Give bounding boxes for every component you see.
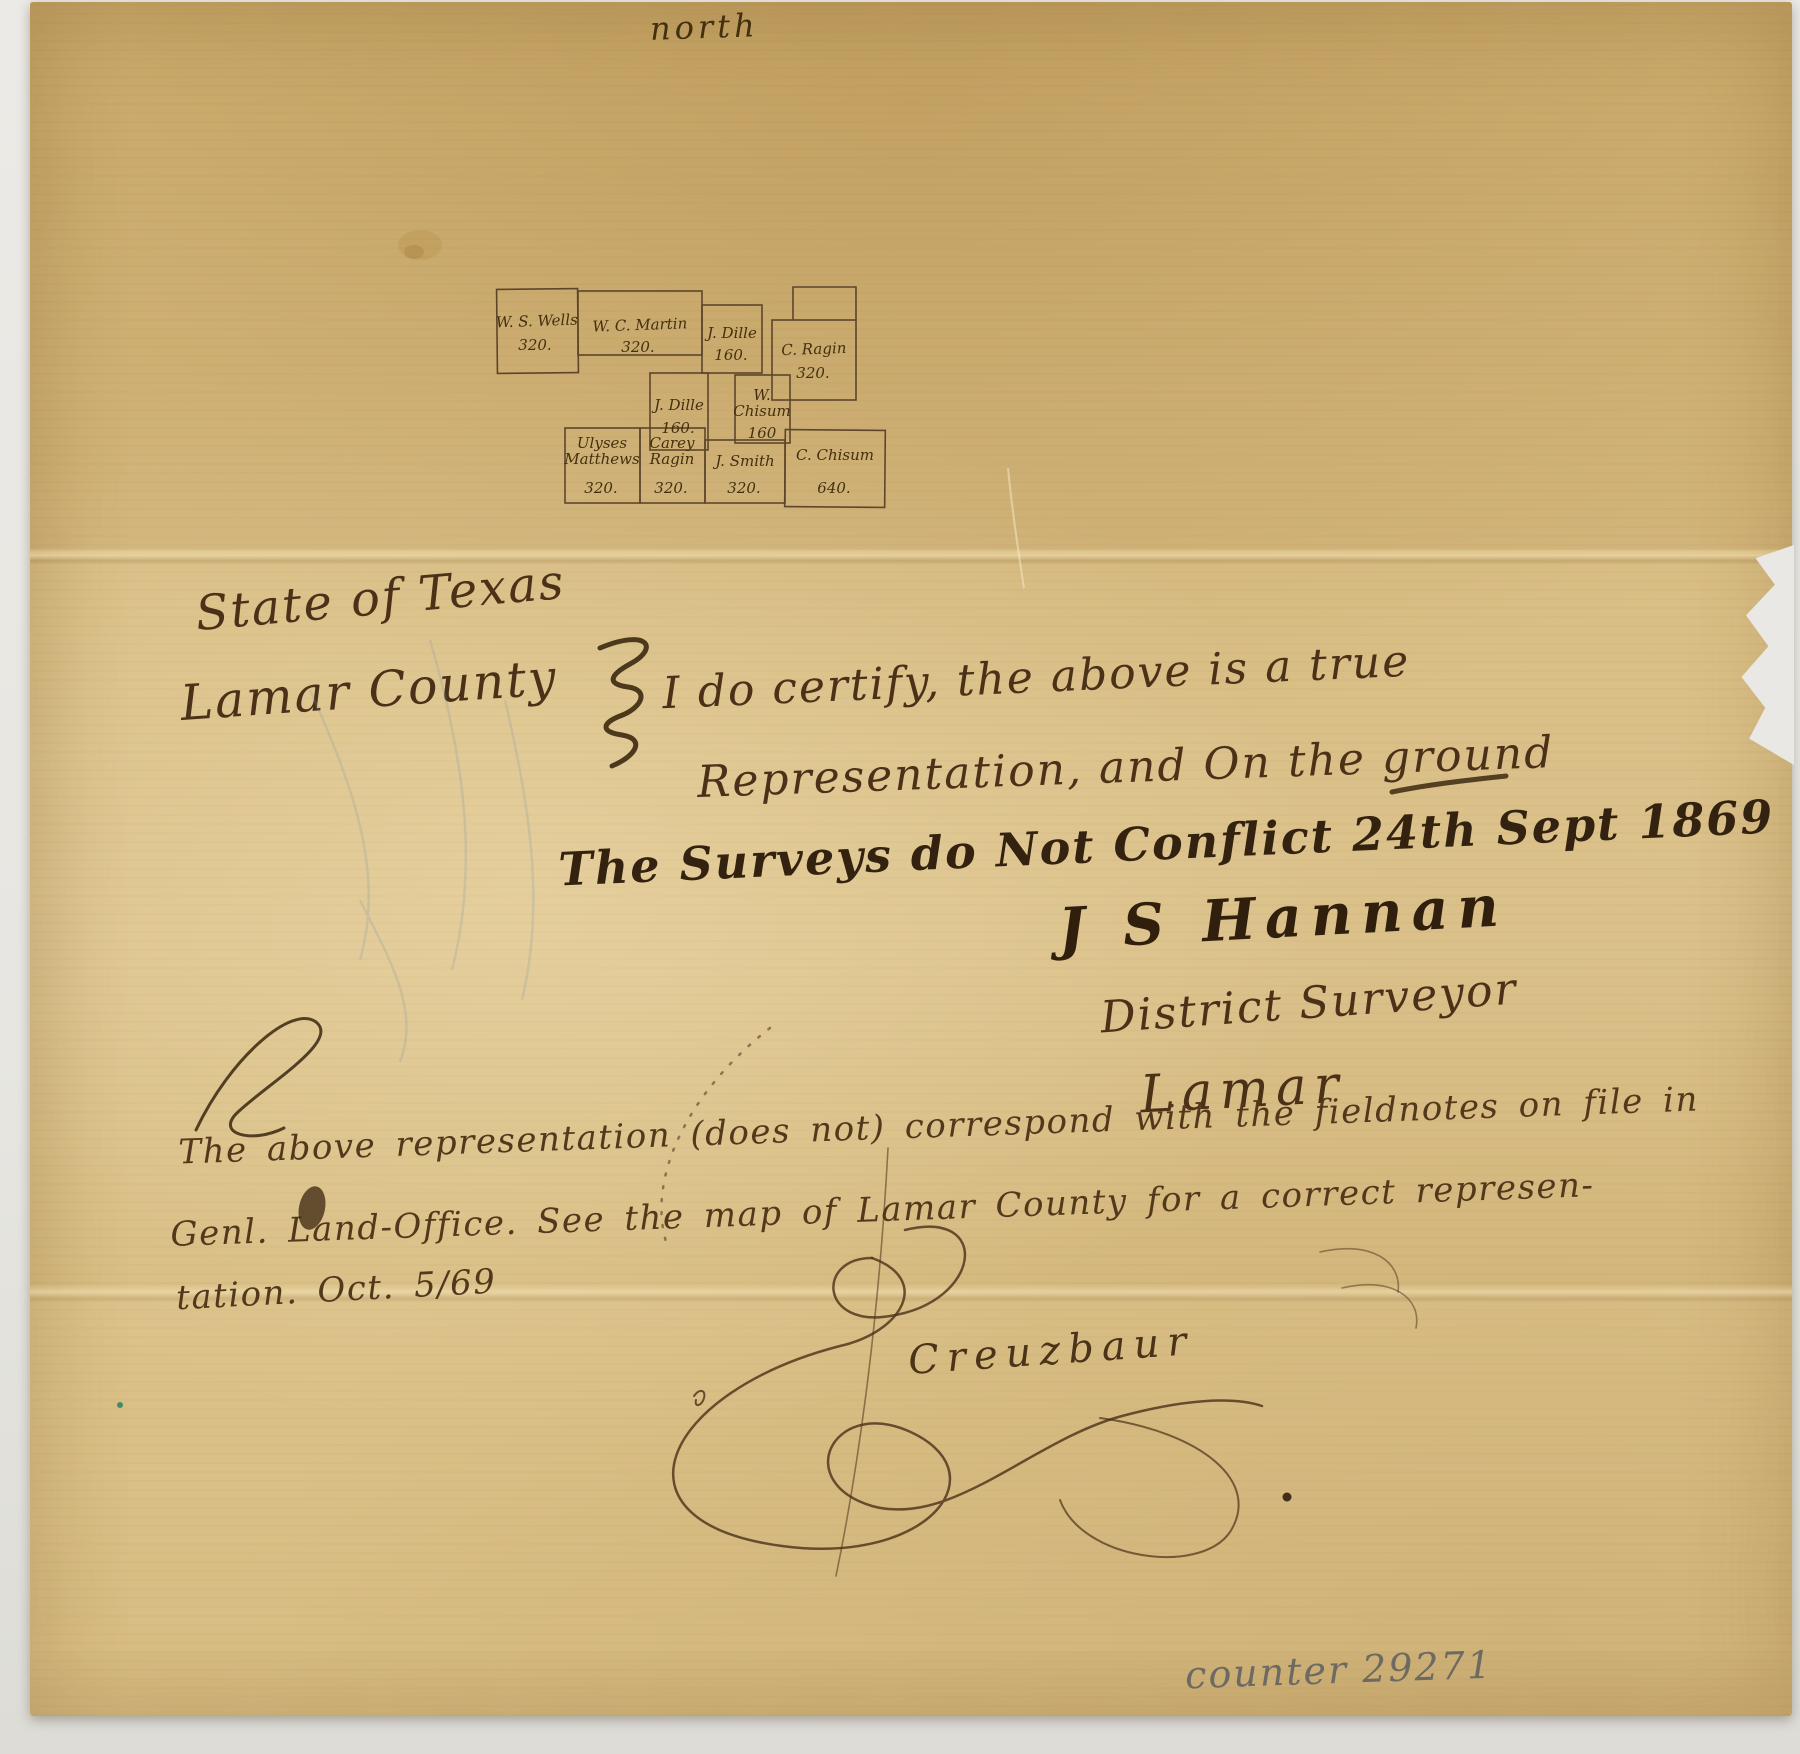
parcel-box-cragin bbox=[772, 320, 856, 400]
parcel-name: Chisum bbox=[733, 402, 791, 420]
parcel-name: Matthews bbox=[563, 450, 640, 468]
parcel-name: J. Dille bbox=[651, 396, 704, 414]
certify-line-1: I do certify, the above is a true bbox=[661, 636, 1411, 720]
parcel-acreage: 320. bbox=[621, 338, 654, 356]
examiner-note-line-3: tation. Oct. 5/69 bbox=[175, 1262, 497, 1319]
state-line: State of Texas bbox=[193, 554, 567, 642]
surveyor-signature: J S Hannan bbox=[1057, 872, 1510, 962]
surveyor-title: District Surveyor bbox=[1099, 963, 1519, 1043]
parcel-name: J. Dille bbox=[704, 324, 757, 342]
parcel-name: J. Smith bbox=[712, 452, 774, 470]
archive-counter-number: counter 29271 bbox=[1184, 1643, 1493, 1698]
parcel-acreage: 160 bbox=[748, 424, 777, 442]
examiner-note-line-1: The above representation (does not) corr… bbox=[178, 1079, 1700, 1172]
county-line: Lamar County bbox=[178, 649, 559, 732]
parcel-name: W. C. Martin bbox=[592, 314, 687, 335]
certify-line-2: Representation, and On the ground bbox=[696, 727, 1555, 808]
document-scan: north W. S. Wells 320. W. C. Martin 320.… bbox=[0, 0, 1800, 1754]
survey-plat: W. S. Wells 320. W. C. Martin 320. J. Di… bbox=[480, 250, 910, 530]
parcel-box-notch bbox=[793, 287, 856, 320]
parcel-acreage: 320. bbox=[518, 336, 551, 354]
north-label: north bbox=[649, 6, 759, 48]
parcel-acreage: 320. bbox=[584, 479, 617, 497]
parcel-box-wells bbox=[497, 289, 579, 374]
parcel-name: C. Ragin bbox=[781, 339, 847, 359]
parcel-acreage: 320. bbox=[796, 364, 829, 382]
parcel-acreage: 640. bbox=[817, 479, 850, 497]
parcel-name: Ragin bbox=[649, 450, 695, 468]
parcel-name: C. Chisum bbox=[796, 446, 874, 464]
parcel-name: W. S. Wells bbox=[496, 311, 579, 332]
parcel-acreage: 320. bbox=[727, 479, 760, 497]
examiner-signature: Creuzbaur bbox=[907, 1318, 1196, 1384]
parcel-acreage: 320. bbox=[654, 479, 687, 497]
examiner-note-line-2: Genl. Land-Office. See the map of Lamar … bbox=[170, 1165, 1595, 1255]
left-x-flourish bbox=[196, 1019, 321, 1136]
parcel-acreage: 160. bbox=[714, 346, 747, 364]
county-brace bbox=[600, 640, 646, 766]
